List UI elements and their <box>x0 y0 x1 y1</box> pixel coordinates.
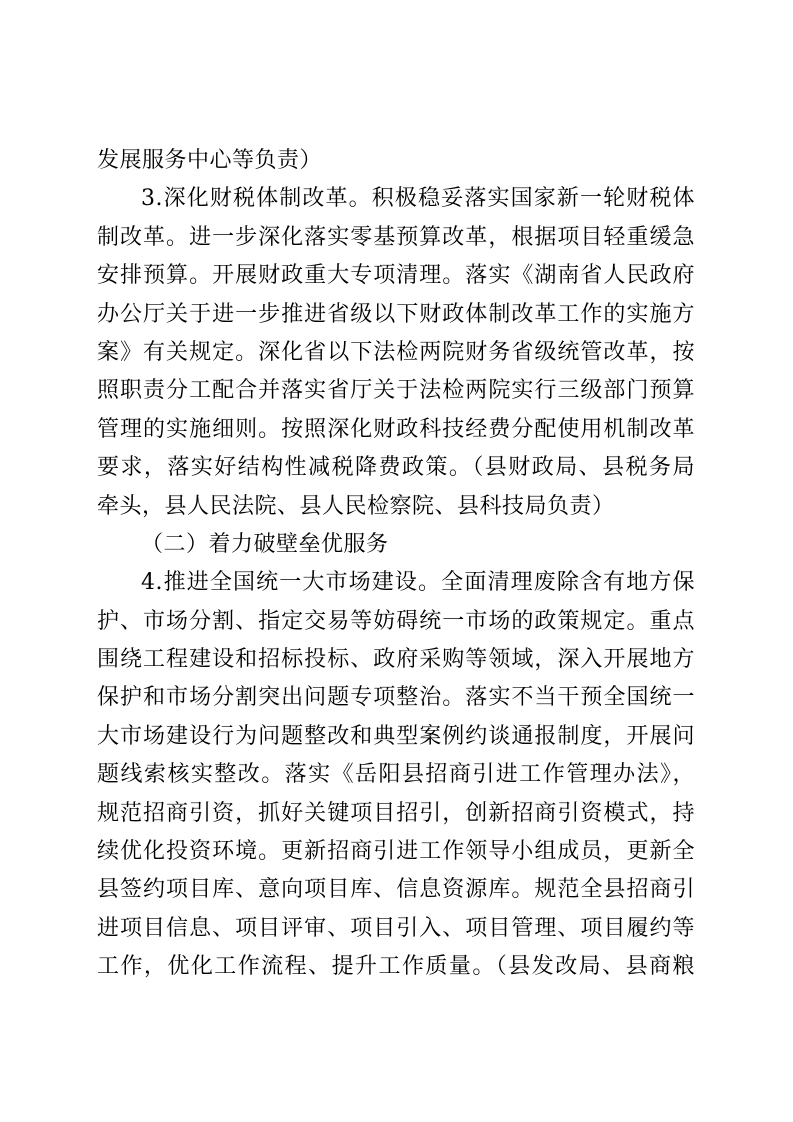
text-line: 4.推进全国统一大市场建设。全面清理废除含有地方保 <box>97 564 695 602</box>
paragraph-continuation: 发展服务中心等负责） <box>97 142 695 180</box>
text-line: 照职责分工配合并落实省厅关于法检两院实行三级部门预算 <box>97 372 695 410</box>
text-line: 案》有关规定。深化省以下法检两院财务省级统管改革，按 <box>97 334 695 372</box>
document-body: 发展服务中心等负责）3.深化财税体制改革。积极稳妥落实国家新一轮财税体制改革。进… <box>97 142 695 987</box>
text-line: 进项目信息、项目评审、项目引入、项目管理、项目履约等 <box>97 910 695 948</box>
text-line: 围绕工程建设和招标投标、政府采购等领域，深入开展地方 <box>97 641 695 679</box>
text-line: （二）着力破壁垒优服务 <box>97 526 695 564</box>
text-line: 发展服务中心等负责） <box>97 142 695 180</box>
text-line: 要求，落实好结构性减税降费政策。（县财政局、县税务局 <box>97 449 695 487</box>
text-line: 大市场建设行为问题整改和典型案例约谈通报制度，开展问 <box>97 718 695 756</box>
text-line: 安排预算。开展财政重大专项清理。落实《湖南省人民政府 <box>97 257 695 295</box>
text-line: 县签约项目库、意向项目库、信息资源库。规范全县招商引 <box>97 871 695 909</box>
text-line: 牵头，县人民法院、县人民检察院、县科技局负责） <box>97 488 695 526</box>
text-line: 办公厅关于进一步推进省级以下财政体制改革工作的实施方 <box>97 296 695 334</box>
text-line: 题线索核实整改。落实《岳阳县招商引进工作管理办法》， <box>97 756 695 794</box>
text-line: 管理的实施细则。按照深化财政科技经费分配使用机制改革 <box>97 411 695 449</box>
text-line: 护、市场分割、指定交易等妨碍统一市场的政策规定。重点 <box>97 603 695 641</box>
paragraph-item-4: 4.推进全国统一大市场建设。全面清理废除含有地方保护、市场分割、指定交易等妨碍统… <box>97 564 695 986</box>
text-line: 保护和市场分割突出问题专项整治。落实不当干预全国统一 <box>97 679 695 717</box>
document-page: 发展服务中心等负责）3.深化财税体制改革。积极稳妥落实国家新一轮财税体制改革。进… <box>0 0 793 1122</box>
text-line: 制改革。进一步深化落实零基预算改革，根据项目轻重缓急 <box>97 219 695 257</box>
section-heading-2: （二）着力破壁垒优服务 <box>97 526 695 564</box>
text-line: 3.深化财税体制改革。积极稳妥落实国家新一轮财税体 <box>97 180 695 218</box>
text-line: 工作，优化工作流程、提升工作质量。（县发改局、县商粮 <box>97 948 695 986</box>
paragraph-item-3: 3.深化财税体制改革。积极稳妥落实国家新一轮财税体制改革。进一步深化落实零基预算… <box>97 180 695 526</box>
text-line: 规范招商引资，抓好关键项目招引，创新招商引资模式，持 <box>97 795 695 833</box>
text-line: 续优化投资环境。更新招商引进工作领导小组成员，更新全 <box>97 833 695 871</box>
